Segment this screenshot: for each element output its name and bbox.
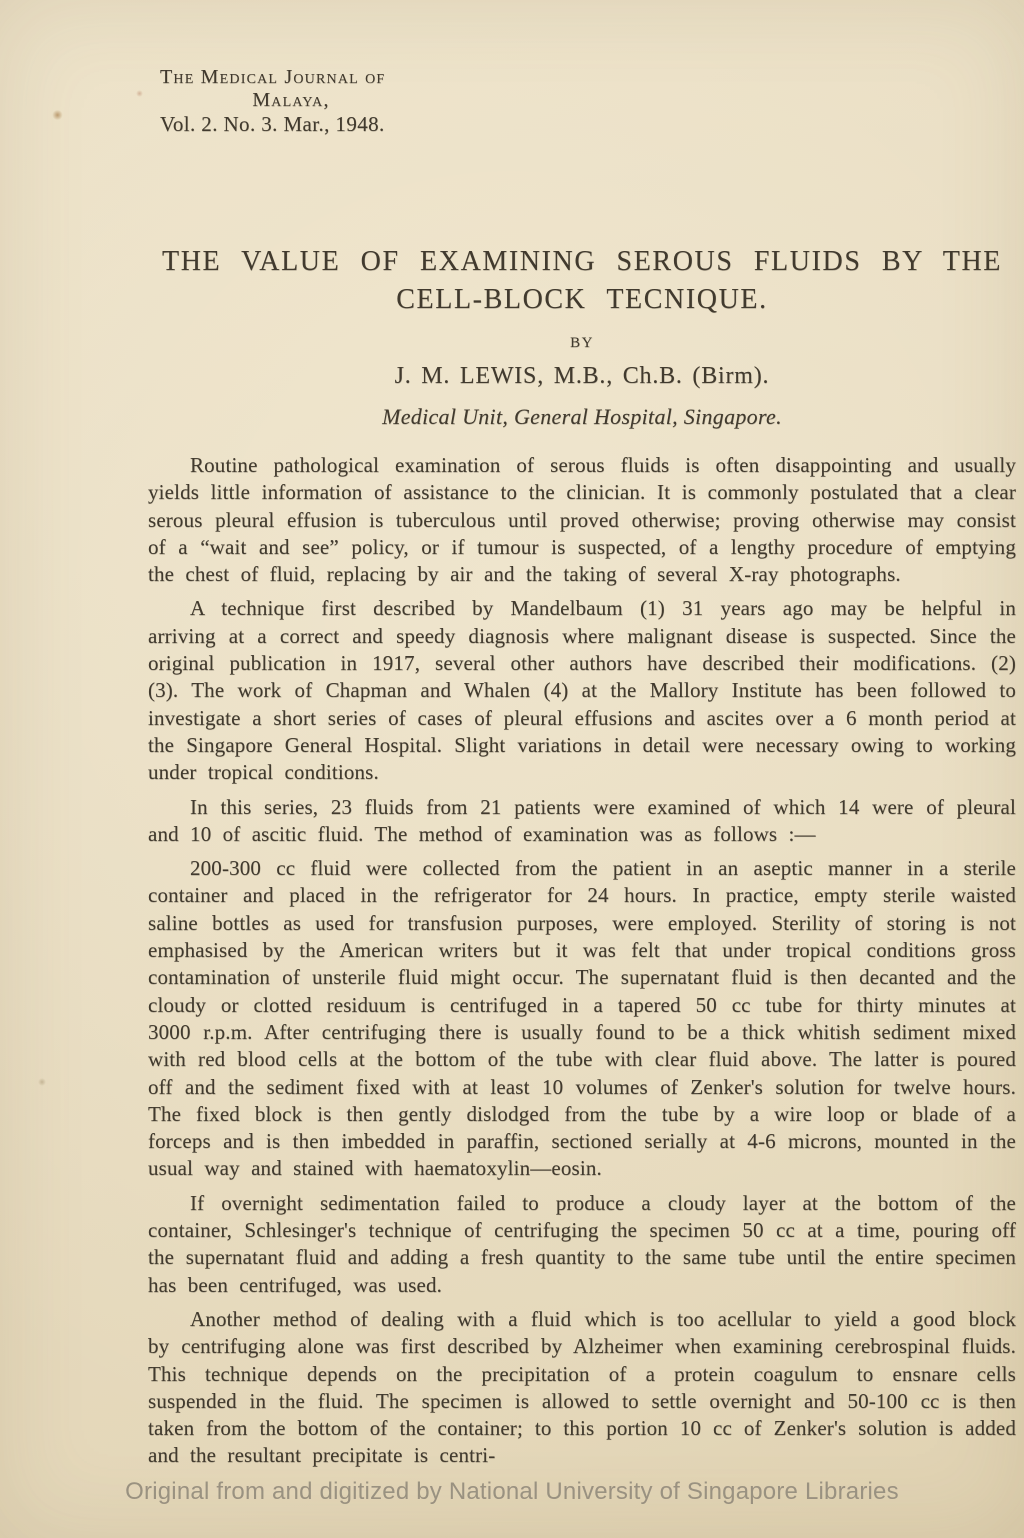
body-paragraph: A technique first described by Mandelbau… [148,595,1016,786]
paper-stain [136,90,143,97]
body-paragraph: 200-300 cc fluid were collected from the… [148,855,1016,1183]
volume-issue-date: Vol. 2. No. 3. Mar., 1948. [160,113,460,136]
body-paragraph: Another method of dealing with a fluid w… [148,1306,1016,1470]
scanned-journal-page: The Medical Journal of Malaya, Vol. 2. N… [0,0,1024,1538]
paper-stain [52,110,63,120]
journal-name-line1: The Medical Journal of [160,66,460,89]
journal-masthead: The Medical Journal of Malaya, Vol. 2. N… [160,66,460,136]
paper-stain [38,1078,46,1086]
body-paragraph: If overnight sedimentation failed to pro… [148,1190,1016,1299]
journal-name-line2: Malaya, [160,89,422,112]
author-affiliation: Medical Unit, General Hospital, Singapor… [148,404,1016,430]
author-name: J. M. LEWIS, M.B., Ch.B. (Birm). [148,363,1016,390]
body-paragraph: In this series, 23 fluids from 21 patien… [148,794,1016,849]
digitization-credit: Original from and digitized by National … [0,1478,1024,1506]
article-title: THE VALUE OF EXAMINING SEROUS FLUIDS BY … [148,243,1016,319]
body-paragraph: Routine pathological examination of sero… [148,452,1016,588]
article-title-line1: THE VALUE OF EXAMINING SEROUS FLUIDS BY … [148,243,1016,281]
article-body: Routine pathological examination of sero… [148,452,1016,1477]
article-title-line2: CELL-BLOCK TECNIQUE. [148,281,1016,319]
byline-label: BY [148,335,1016,352]
